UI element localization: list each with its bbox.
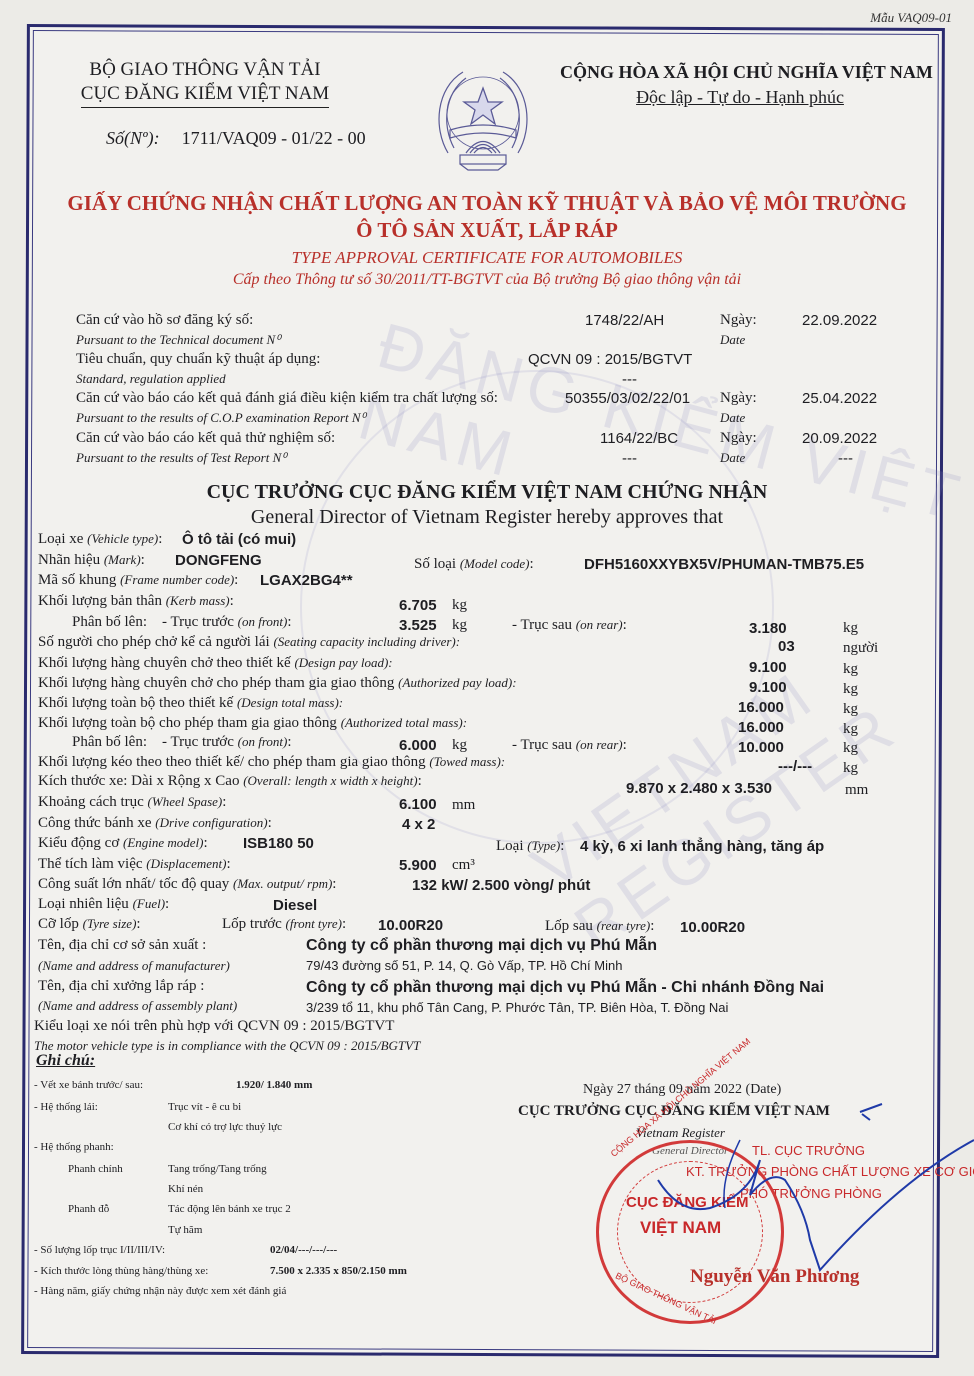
design-payload-label: Khối lượng hàng chuyên chở theo thiết kế… xyxy=(38,655,393,672)
kerb-mass-value: 6.705 xyxy=(399,597,437,614)
cargo-size-label: - Kích thước lòng thùng hàng/thùng xe: xyxy=(34,1265,208,1277)
country-name: CỘNG HÒA XÃ HỘI CHỦ NGHĨA VIỆT NAM xyxy=(560,60,920,85)
dimensions-unit: mm xyxy=(845,782,868,799)
towed-unit: kg xyxy=(843,760,858,777)
park-brake-type: Tác động lên bánh xe trục 2 xyxy=(168,1203,291,1215)
agency-name: CỤC ĐĂNG KIỂM VIỆT NAM xyxy=(81,82,329,108)
power-label: Công suất lớn nhất/ tốc độ quay (Max. ou… xyxy=(38,876,336,893)
certificate-number: Số(Nº):1711/VAQ09 - 01/22 - 00 xyxy=(106,128,366,149)
rear-tyre-value: 10.00R20 xyxy=(680,919,745,936)
reference-date-label: Ngày: xyxy=(720,390,757,407)
model-code-value: DFH5160XXYBX5V/PHUMAN-TMB75.E5 xyxy=(584,556,864,573)
mark-value: DONGFENG xyxy=(175,552,262,569)
annual-review-note: - Hàng năm, giấy chứng nhận này được xem… xyxy=(34,1285,286,1297)
auth-payload-value: 9.100 xyxy=(749,679,787,696)
engine-model-value: ISB180 50 xyxy=(243,835,314,852)
design-total-label: Khối lượng toàn bộ theo thiết kế (Design… xyxy=(38,695,343,712)
mark-label: Nhãn hiệu (Mark): xyxy=(38,552,145,569)
design-payload-unit: kg xyxy=(843,661,858,678)
drive-config-label: Công thức bánh xe (Drive configuration): xyxy=(38,815,272,832)
manufacturer-label-english: (Name and address of manufacturer) xyxy=(38,958,230,974)
towed-label: Khối lượng kéo theo theo thiết kế/ cho p… xyxy=(38,754,505,771)
kerb-distribution-label: Phân bố lên: - Trục trước (on front): xyxy=(72,614,292,631)
reference-date-secondary: --- xyxy=(838,450,853,467)
reference-label: Căn cứ vào báo cáo kết quả đánh giá điều… xyxy=(76,390,498,407)
reference-label: Tiêu chuẩn, quy chuẩn kỹ thuật áp dụng: xyxy=(76,351,320,368)
reference-number-secondary: --- xyxy=(622,450,637,467)
manufacturer-address: 79/43 đường số 51, P. 14, Q. Gò Vấp, TP.… xyxy=(306,958,622,973)
country-block: CỘNG HÒA XÃ HỘI CHỦ NGHĨA VIỆT NAM Độc l… xyxy=(560,60,920,110)
wheelbase-value: 6.100 xyxy=(399,796,437,813)
displacement-value: 5.900 xyxy=(399,857,437,874)
auth-total-unit: kg xyxy=(843,721,858,738)
national-emblem-icon xyxy=(428,58,538,176)
design-payload-value: 9.100 xyxy=(749,659,787,676)
notes-title: Ghi chú: xyxy=(36,1052,95,1070)
total-rear-unit: kg xyxy=(843,740,858,757)
model-code-label: Số loại (Model code): xyxy=(414,556,534,573)
assembly-label-english: (Name and address of assembly plant) xyxy=(38,998,237,1014)
front-tyre-value: 10.00R20 xyxy=(378,917,443,934)
seal-center-line-2: VIỆT NAM xyxy=(640,1218,721,1238)
rear-tyre-label: Lốp sau (rear tyre): xyxy=(545,918,654,935)
front-tyre-label: Lốp trước (front tyre): xyxy=(222,916,346,933)
vehicle-type-label: Loại xe (Vehicle type): xyxy=(38,531,162,548)
engine-type-label: Loại (Type): xyxy=(496,838,564,855)
reference-label-english: Standard, regulation applied xyxy=(76,371,226,387)
kerb-front-value: 3.525 xyxy=(399,617,437,634)
track-value: 1.920/ 1.840 mm xyxy=(236,1079,312,1091)
seal-center-line-1: CỤC ĐĂNG KIỂM xyxy=(626,1194,749,1211)
main-brake-type: Tang trống/Tang trống xyxy=(168,1163,267,1175)
seating-label: Số người cho phép chở kể cả người lái (S… xyxy=(38,634,460,651)
kerb-front-unit: kg xyxy=(452,617,467,634)
main-brake-drive: Khí nén xyxy=(168,1183,203,1195)
kerb-mass-label: Khối lượng bản thân (Kerb mass): xyxy=(38,593,234,610)
park-brake-drive: Tự hãm xyxy=(168,1224,202,1236)
cargo-size-value: 7.500 x 2.335 x 850/2.150 mm xyxy=(270,1265,407,1277)
brake-label: - Hệ thống phanh: xyxy=(34,1141,114,1153)
dimensions-label: Kích thước xe: Dài x Rộng x Cao (Overall… xyxy=(38,773,422,790)
design-total-value: 16.000 xyxy=(738,699,784,716)
steering-label: - Hệ thống lái: xyxy=(34,1101,98,1113)
fuel-label: Loại nhiên liệu (Fuel): xyxy=(38,896,169,913)
vehicle-type-value: Ô tô tải (có mui) xyxy=(182,531,296,548)
main-brake-label: Phanh chính xyxy=(68,1163,123,1175)
frame-number-value: LGAX2BG4** xyxy=(260,572,353,589)
engine-model-label: Kiểu động cơ (Engine model): xyxy=(38,835,208,852)
reference-number: 1164/22/BC xyxy=(600,430,678,447)
certificate-title-english: TYPE APPROVAL CERTIFICATE FOR AUTOMOBILE… xyxy=(0,248,974,268)
kerb-rear-unit: kg xyxy=(843,620,858,637)
certificate-title: GIẤY CHỨNG NHẬN CHẤT LƯỢNG AN TOÀN KỸ TH… xyxy=(0,190,974,244)
park-brake-label: Phanh đỗ xyxy=(68,1203,109,1215)
steering-type: Trục vít - ê cu bi xyxy=(168,1101,241,1113)
tyre-count-label: - Số lượng lốp trục I/II/III/IV: xyxy=(34,1244,165,1256)
reference-date: 25.04.2022 xyxy=(802,390,877,407)
reference-date: 20.09.2022 xyxy=(802,430,877,447)
track-label: - Vết xe bánh trước/ sau: xyxy=(34,1079,143,1091)
reference-date-label-english: Date xyxy=(720,410,745,426)
towed-value: ---/--- xyxy=(778,758,812,775)
fuel-value: Diesel xyxy=(273,897,317,914)
certificate-number-label: Số(Nº): xyxy=(106,128,160,148)
title-line-2: Ô TÔ SẢN XUẤT, LẮP RÁP xyxy=(0,217,974,244)
reference-number: 50355/03/02/22/01 xyxy=(565,390,690,407)
reference-label-english: Pursuant to the results of C.O.P examina… xyxy=(76,410,366,426)
reference-number: 1748/22/AH xyxy=(585,312,664,329)
issuer-block: BỘ GIAO THÔNG VẬN TẢI CỤC ĐĂNG KIỂM VIỆT… xyxy=(60,58,350,108)
approval-heading-english: General Director of Vietnam Register her… xyxy=(0,506,974,529)
auth-payload-label: Khối lượng hàng chuyên chở cho phép tham… xyxy=(38,675,517,692)
seating-value: 03 xyxy=(778,638,795,655)
tyre-size-label: Cỡ lốp (Tyre size): xyxy=(38,916,141,933)
manufacturer-label: Tên, địa chỉ cơ sở sản xuất : xyxy=(38,937,206,954)
reference-label: Căn cứ vào hồ sơ đăng ký số: xyxy=(76,312,253,329)
reference-number-secondary: --- xyxy=(622,371,637,388)
auth-payload-unit: kg xyxy=(843,681,858,698)
auth-total-label: Khối lượng toàn bộ cho phép tham gia gia… xyxy=(38,715,467,732)
reference-date-label-english: Date xyxy=(720,450,745,466)
signer-name: Nguyễn Văn Phương xyxy=(690,1266,859,1288)
reference-number: QCVN 09 : 2015/BGTVT xyxy=(528,351,692,368)
reference-date-label-english: Date xyxy=(720,332,745,348)
assembly-label: Tên, địa chỉ xưởng lắp ráp : xyxy=(38,978,204,995)
engine-type-value: 4 kỳ, 6 xi lanh thẳng hàng, tăng áp xyxy=(580,838,824,855)
ministry-name: BỘ GIAO THÔNG VẬN TẢI xyxy=(60,58,350,82)
compliance-statement: Kiểu loại xe nói trên phù hợp với QCVN 0… xyxy=(34,1018,394,1035)
power-value: 132 kW/ 2.500 vòng/ phút xyxy=(412,877,590,894)
form-code: Mẫu VAQ09-01 xyxy=(870,10,952,26)
total-distribution-label: Phân bố lên: - Trục trước (on front): xyxy=(72,734,292,751)
total-front-value: 6.000 xyxy=(399,737,437,754)
assembly-address: 3/239 tổ 11, khu phố Tân Cang, P. Phước … xyxy=(306,1000,728,1015)
auth-total-value: 16.000 xyxy=(738,719,784,736)
title-line-1: GIẤY CHỨNG NHẬN CHẤT LƯỢNG AN TOÀN KỸ TH… xyxy=(0,190,974,217)
approval-heading: CỤC TRƯỞNG CỤC ĐĂNG KIỂM VIỆT NAM CHỨNG … xyxy=(0,481,974,504)
total-rear-value: 10.000 xyxy=(738,739,784,756)
kerb-rear-value: 3.180 xyxy=(749,620,787,637)
reference-label-english: Pursuant to the results of Test Report N… xyxy=(76,450,286,466)
certificate-number-value: 1711/VAQ09 - 01/22 - 00 xyxy=(182,128,366,148)
steering-assist: Cơ khí có trợ lực thuỷ lực xyxy=(168,1121,282,1133)
displacement-unit: cm³ xyxy=(452,857,475,874)
total-front-unit: kg xyxy=(452,737,467,754)
displacement-label: Thể tích làm việc (Displacement): xyxy=(38,856,231,873)
design-total-unit: kg xyxy=(843,701,858,718)
certificate-legal-basis: Cấp theo Thông tư số 30/2011/TT-BGTVT củ… xyxy=(0,271,974,289)
seating-unit: người xyxy=(843,640,878,657)
tyre-count-value: 02/04/---/---/--- xyxy=(270,1244,337,1256)
stamp-role-1: TL. CỤC TRƯỞNG xyxy=(752,1143,865,1158)
assembly-name: Công ty cổ phần thương mại dịch vụ Phú M… xyxy=(306,979,824,997)
frame-number-label: Mã số khung (Frame number code): xyxy=(38,572,238,589)
manufacturer-name: Công ty cổ phần thương mại dịch vụ Phú M… xyxy=(306,937,657,955)
dimensions-value: 9.870 x 2.480 x 3.530 xyxy=(626,780,772,797)
country-motto: Độc lập - Tự do - Hạnh phúc xyxy=(560,85,920,110)
reference-date-label: Ngày: xyxy=(720,430,757,447)
wheelbase-unit: mm xyxy=(452,797,475,814)
wheelbase-label: Khoảng cách trục (Wheel Spase): xyxy=(38,794,226,811)
drive-config-value: 4 x 2 xyxy=(402,816,435,833)
reference-date: 22.09.2022 xyxy=(802,312,877,329)
kerb-rear-label: - Trục sau (on rear): xyxy=(512,617,627,634)
kerb-mass-unit: kg xyxy=(452,597,467,614)
total-rear-label: - Trục sau (on rear): xyxy=(512,737,627,754)
reference-date-label: Ngày: xyxy=(720,312,757,329)
reference-label-english: Pursuant to the Technical document N⁰ xyxy=(76,332,280,348)
reference-label: Căn cứ vào báo cáo kết quả thử nghiệm số… xyxy=(76,430,335,447)
